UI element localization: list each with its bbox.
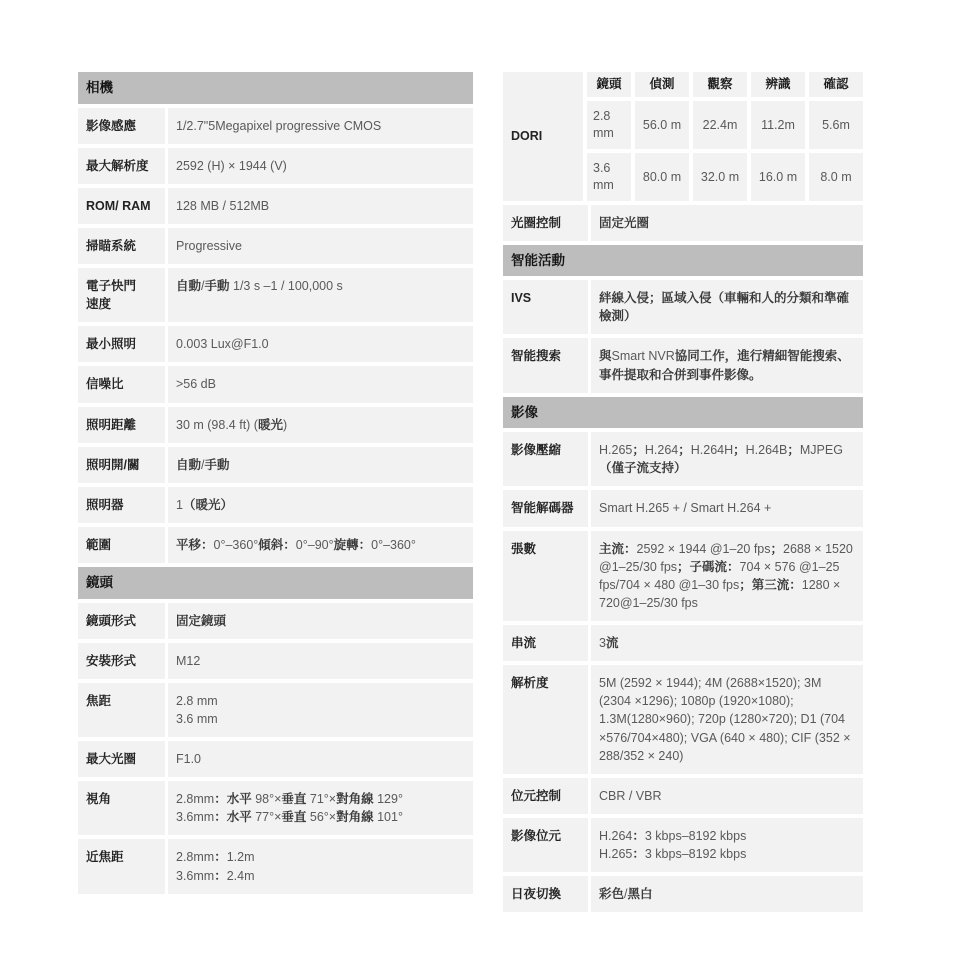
spec-value: 2.8mm：1.2m 3.6mm：2.4m <box>168 839 473 893</box>
spec-label: 影像感應 <box>78 108 165 144</box>
right-spec-column: DORI鏡頭偵測觀察辨識確認2.8 mm56.0 m22.4m11.2m5.6m… <box>503 72 863 916</box>
spec-value: 2.8 mm 3.6 mm <box>168 683 473 737</box>
spec-value: 128 MB / 512MB <box>168 188 473 224</box>
spec-value: 1（暖光） <box>168 487 473 523</box>
spec-row: 範圍平移：0°–360°傾斜：0°–90°旋轉：0°–360° <box>78 527 473 563</box>
spec-label: 掃瞄系統 <box>78 228 165 264</box>
spec-row: 鏡頭形式固定鏡頭 <box>78 603 473 639</box>
spec-label: IVS <box>503 280 588 334</box>
spec-row: 智能解碼器Smart H.265 + / Smart H.264 + <box>503 490 863 526</box>
spec-label: ROM/ RAM <box>78 188 165 224</box>
spec-row: 照明開/關自動/手動 <box>78 447 473 483</box>
spec-value: 與Smart NVR協同工作，進行精細智能搜索、事件提取和合併到事件影像。 <box>591 338 863 392</box>
spec-value: 平移：0°–360°傾斜：0°–90°旋轉：0°–360° <box>168 527 473 563</box>
spec-row: 最大光圈F1.0 <box>78 741 473 777</box>
spec-value: 主流：2592 × 1944 @1–20 fps；2688 × 1520 @1–… <box>591 531 863 622</box>
spec-value: 30 m (98.4 ft) (暖光) <box>168 407 473 443</box>
dori-value-cell: 32.0 m <box>693 153 747 201</box>
spec-row: 安裝形式M12 <box>78 643 473 679</box>
spec-label: 影像壓縮 <box>503 432 588 486</box>
spec-row: IVS絆線入侵；區域入侵（車輛和人的分類和準確檢測） <box>503 280 863 334</box>
spec-value: 2.8mm：水平 98°×垂直 71°×對角線 129° 3.6mm：水平 77… <box>168 781 473 835</box>
dori-header-cell: 辨識 <box>751 72 805 97</box>
spec-row: 照明器1（暖光） <box>78 487 473 523</box>
spec-row: 日夜切換彩色/黑白 <box>503 876 863 912</box>
spec-label: 最大光圈 <box>78 741 165 777</box>
spec-value: 2592 (H) × 1944 (V) <box>168 148 473 184</box>
spec-value: 3流 <box>591 625 863 661</box>
left-spec-column: 相機影像感應1/2.7"5Megapixel progressive CMOS最… <box>78 72 473 898</box>
spec-label: 最小照明 <box>78 326 165 362</box>
spec-label: 視角 <box>78 781 165 835</box>
camera-spec-sheet: 相機影像感應1/2.7"5Megapixel progressive CMOS最… <box>0 0 960 960</box>
spec-row: 影像感應1/2.7"5Megapixel progressive CMOS <box>78 108 473 144</box>
spec-label: 鏡頭形式 <box>78 603 165 639</box>
dori-corner-label: DORI <box>503 72 583 201</box>
dori-value-cell: 16.0 m <box>751 153 805 201</box>
spec-value: 彩色/黑白 <box>591 876 863 912</box>
spec-label: 信噪比 <box>78 366 165 402</box>
spec-value: H.264：3 kbps–8192 kbps H.265：3 kbps–8192… <box>591 818 863 872</box>
spec-value: >56 dB <box>168 366 473 402</box>
spec-row: 光圈控制固定光圈 <box>503 205 863 241</box>
dori-header-cell: 鏡頭 <box>587 72 631 97</box>
dori-value-cell: 11.2m <box>751 101 805 149</box>
dori-header-cell: 偵測 <box>635 72 689 97</box>
spec-label: 最大解析度 <box>78 148 165 184</box>
spec-row: 近焦距2.8mm：1.2m 3.6mm：2.4m <box>78 839 473 893</box>
spec-row: ROM/ RAM128 MB / 512MB <box>78 188 473 224</box>
spec-row: 電子快門 速度自動/手動 1/3 s –1 / 100,000 s <box>78 268 473 322</box>
section-header: 影像 <box>503 397 863 429</box>
spec-value: Smart H.265 + / Smart H.264 + <box>591 490 863 526</box>
dori-table: DORI鏡頭偵測觀察辨識確認2.8 mm56.0 m22.4m11.2m5.6m… <box>503 72 863 201</box>
dori-lens-cell: 2.8 mm <box>587 101 631 149</box>
section-header: 智能活動 <box>503 245 863 277</box>
dori-value-cell: 56.0 m <box>635 101 689 149</box>
dori-value-cell: 8.0 m <box>809 153 863 201</box>
spec-label: 解析度 <box>503 665 588 774</box>
spec-label: 日夜切換 <box>503 876 588 912</box>
spec-row: 焦距2.8 mm 3.6 mm <box>78 683 473 737</box>
spec-label: 張數 <box>503 531 588 622</box>
spec-row: 影像位元H.264：3 kbps–8192 kbps H.265：3 kbps–… <box>503 818 863 872</box>
spec-row: 最小照明0.003 Lux@F1.0 <box>78 326 473 362</box>
spec-row: 照明距離30 m (98.4 ft) (暖光) <box>78 407 473 443</box>
spec-row: 影像壓縮H.265；H.264；H.264H；H.264B；MJPEG（僅子流支… <box>503 432 863 486</box>
dori-value-cell: 22.4m <box>693 101 747 149</box>
spec-value: 固定鏡頭 <box>168 603 473 639</box>
spec-row: 解析度5M (2592 × 1944); 4M (2688×1520); 3M … <box>503 665 863 774</box>
spec-value: H.265；H.264；H.264H；H.264B；MJPEG（僅子流支持） <box>591 432 863 486</box>
spec-row: 信噪比>56 dB <box>78 366 473 402</box>
spec-row: 張數主流：2592 × 1944 @1–20 fps；2688 × 1520 @… <box>503 531 863 622</box>
spec-value: 5M (2592 × 1944); 4M (2688×1520); 3M (23… <box>591 665 863 774</box>
spec-row: 掃瞄系統Progressive <box>78 228 473 264</box>
spec-value: 0.003 Lux@F1.0 <box>168 326 473 362</box>
spec-row: 最大解析度2592 (H) × 1944 (V) <box>78 148 473 184</box>
spec-label: 安裝形式 <box>78 643 165 679</box>
spec-label: 智能搜索 <box>503 338 588 392</box>
spec-value: 1/2.7"5Megapixel progressive CMOS <box>168 108 473 144</box>
spec-label: 影像位元 <box>503 818 588 872</box>
spec-label: 照明距離 <box>78 407 165 443</box>
spec-label: 照明器 <box>78 487 165 523</box>
spec-label: 串流 <box>503 625 588 661</box>
spec-label: 智能解碼器 <box>503 490 588 526</box>
dori-value-cell: 80.0 m <box>635 153 689 201</box>
spec-value: Progressive <box>168 228 473 264</box>
spec-row: 智能搜索與Smart NVR協同工作，進行精細智能搜索、事件提取和合併到事件影像… <box>503 338 863 392</box>
spec-row: 視角2.8mm：水平 98°×垂直 71°×對角線 129° 3.6mm：水平 … <box>78 781 473 835</box>
spec-label: 範圍 <box>78 527 165 563</box>
dori-header-cell: 觀察 <box>693 72 747 97</box>
spec-value: CBR / VBR <box>591 778 863 814</box>
dori-value-cell: 5.6m <box>809 101 863 149</box>
spec-value: 固定光圈 <box>591 205 863 241</box>
spec-label: 位元控制 <box>503 778 588 814</box>
section-header: 鏡頭 <box>78 567 473 599</box>
spec-label: 光圈控制 <box>503 205 588 241</box>
spec-value: 自動/手動 <box>168 447 473 483</box>
spec-row: 串流3流 <box>503 625 863 661</box>
spec-row: 位元控制CBR / VBR <box>503 778 863 814</box>
spec-label: 焦距 <box>78 683 165 737</box>
spec-value: F1.0 <box>168 741 473 777</box>
spec-value: 自動/手動 1/3 s –1 / 100,000 s <box>168 268 473 322</box>
dori-header-cell: 確認 <box>809 72 863 97</box>
spec-value: 絆線入侵；區域入侵（車輛和人的分類和準確檢測） <box>591 280 863 334</box>
spec-value: M12 <box>168 643 473 679</box>
dori-lens-cell: 3.6 mm <box>587 153 631 201</box>
spec-label: 電子快門 速度 <box>78 268 165 322</box>
section-header: 相機 <box>78 72 473 104</box>
spec-label: 照明開/關 <box>78 447 165 483</box>
spec-label: 近焦距 <box>78 839 165 893</box>
